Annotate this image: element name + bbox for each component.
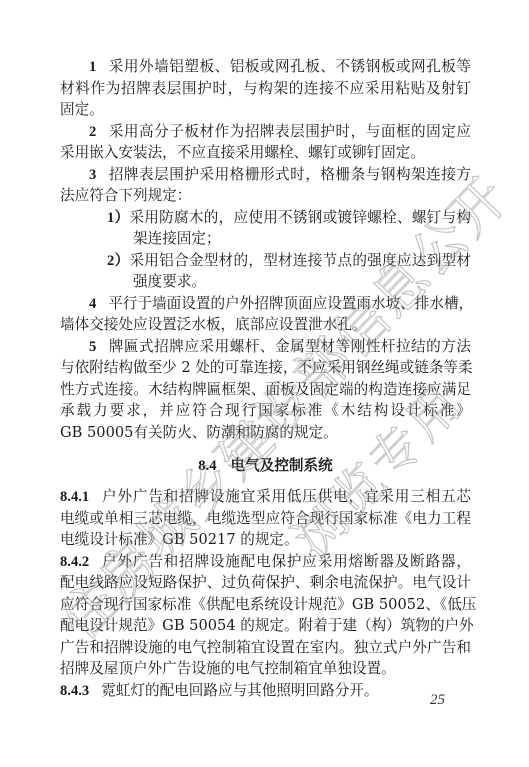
text-line: 8.4.1户外广告和招牌设施宜采用低压供电，宜采用三相五芯 xyxy=(60,486,471,508)
text-line: 8.4.2户外广告和招牌设施配电保护应采用熔断器及断路器， xyxy=(60,551,471,573)
clause: 8.4.2户外广告和招牌设施配电保护应采用熔断器及断路器， 配电线路应设短路保护… xyxy=(60,551,471,680)
text-line: 配电设计规范》GB 50054 的规定。附着于建（构）筑物的户外 xyxy=(60,615,471,637)
text-line: 8.4.3霓虹灯的配电回路应与其他照明回路分开。 xyxy=(60,680,471,702)
item-number: 1 xyxy=(89,59,96,75)
text-line: 固定。 xyxy=(60,99,471,121)
section-title: 电气及控制系统 xyxy=(231,457,333,474)
list-item: 4平行于墙面设置的户外招牌顶面应设置雨水坡、排水槽， 墙体交接处应设置泛水板，底… xyxy=(60,293,471,336)
text-line: 法应符合下列规定： xyxy=(60,185,471,207)
sub-item: 1）采用防腐木的，应使用不锈钢或镀锌螺栓、螺钉与构 架连接固定； xyxy=(60,207,471,250)
section-number: 8.4 xyxy=(198,458,216,474)
text-line: 2）采用铝合金型材的，型材连接节点的强度应达到型材 xyxy=(60,250,471,272)
item-number: 5 xyxy=(89,339,96,355)
text-line: 电缆或单相三芯电缆，电缆选型应符合现行国家标准《电力工程 xyxy=(60,508,471,530)
text-line: 配电线路应设短路保护、过负荷保护、剩余电流保护。电气设计 xyxy=(60,572,471,594)
list-item: 3招牌表层围护采用格栅形式时，格栅条与钢构架连接方 法应符合下列规定： 1）采用… xyxy=(60,164,471,293)
text-line: 2采用高分子板材作为招牌表层围护时，与面框的固定应 xyxy=(60,121,471,143)
clause-number: 8.4.3 xyxy=(60,683,89,699)
text-line: 与依附结构做至少 2 处的可靠连接，不应采用钢丝绳或链条等柔 xyxy=(60,357,471,379)
text-line: 性方式连接。木结构牌匾框架、面板及固定端的构造连接应满足 xyxy=(60,379,471,401)
page-number: 25 xyxy=(430,692,445,709)
text-line: 5牌匾式招牌应采用螺杆、金属型材等刚性杆拉结的方法 xyxy=(60,336,471,358)
text-line: 1采用外墙铝塑板、铝板或网孔板、不锈钢板或网孔板等 xyxy=(60,56,471,78)
text-line: 招牌及屋顶户外广告设施的电气控制箱宜单独设置。 xyxy=(60,658,471,680)
clause-number: 8.4.1 xyxy=(60,489,89,505)
clause: 8.4.1户外广告和招牌设施宜采用低压供电，宜采用三相五芯 电缆或单相三芯电缆，… xyxy=(60,486,471,551)
sub-item: 2）采用铝合金型材的，型材连接节点的强度应达到型材 强度要求。 xyxy=(60,250,471,293)
text-line: 3招牌表层围护采用格栅形式时，格栅条与钢构架连接方 xyxy=(60,164,471,186)
document-page: 1采用外墙铝塑板、铝板或网孔板、不锈钢板或网孔板等 材料作为招牌表层围护时，与构… xyxy=(0,0,529,767)
item-number: 4 xyxy=(89,296,96,312)
list-item: 5牌匾式招牌应采用螺杆、金属型材等刚性杆拉结的方法 与依附结构做至少 2 处的可… xyxy=(60,336,471,444)
text-line: 4平行于墙面设置的户外招牌顶面应设置雨水坡、排水槽， xyxy=(60,293,471,315)
clause: 8.4.3霓虹灯的配电回路应与其他照明回路分开。 xyxy=(60,680,471,702)
page-content: 1采用外墙铝塑板、铝板或网孔板、不锈钢板或网孔板等 材料作为招牌表层围护时，与构… xyxy=(60,56,471,701)
text-line: GB 50005有关防火、防潮和防腐的规定。 xyxy=(60,422,471,444)
text-line: 架连接固定； xyxy=(60,228,471,250)
text-line: 承载力要求，并应符合现行国家标准《木结构设计标准》 xyxy=(60,400,471,422)
list-item: 2采用高分子板材作为招牌表层围护时，与面框的固定应 采用嵌入安装法，不应直接采用… xyxy=(60,121,471,164)
text-line: 1）采用防腐木的，应使用不锈钢或镀锌螺栓、螺钉与构 xyxy=(60,207,471,229)
item-number: 3 xyxy=(89,167,96,183)
text-line: 采用嵌入安装法，不应直接采用螺栓、螺钉或铆钉固定。 xyxy=(60,142,471,164)
text-line: 广告和招牌设施的电气控制箱宜设置在室内。独立式户外广告和 xyxy=(60,637,471,659)
sub-item-number: 2） xyxy=(107,253,129,269)
text-line: 墙体交接处应设置泛水板，底部应设置泄水孔。 xyxy=(60,314,471,336)
sub-item-number: 1） xyxy=(107,210,129,226)
text-line: 强度要求。 xyxy=(60,271,471,293)
item-number: 2 xyxy=(89,124,96,140)
section-heading: 8.4电气及控制系统 xyxy=(60,449,471,483)
text-line: 材料作为招牌表层围护时，与构架的连接不应采用粘贴及射钉 xyxy=(60,78,471,100)
text-line: 电缆设计标准》GB 50217 的规定。 xyxy=(60,529,471,551)
list-item: 1采用外墙铝塑板、铝板或网孔板、不锈钢板或网孔板等 材料作为招牌表层围护时，与构… xyxy=(60,56,471,121)
text-line: 应符合现行国家标准《供配电系统设计规范》GB 50052、《低压 xyxy=(60,594,471,616)
clause-number: 8.4.2 xyxy=(60,554,89,570)
